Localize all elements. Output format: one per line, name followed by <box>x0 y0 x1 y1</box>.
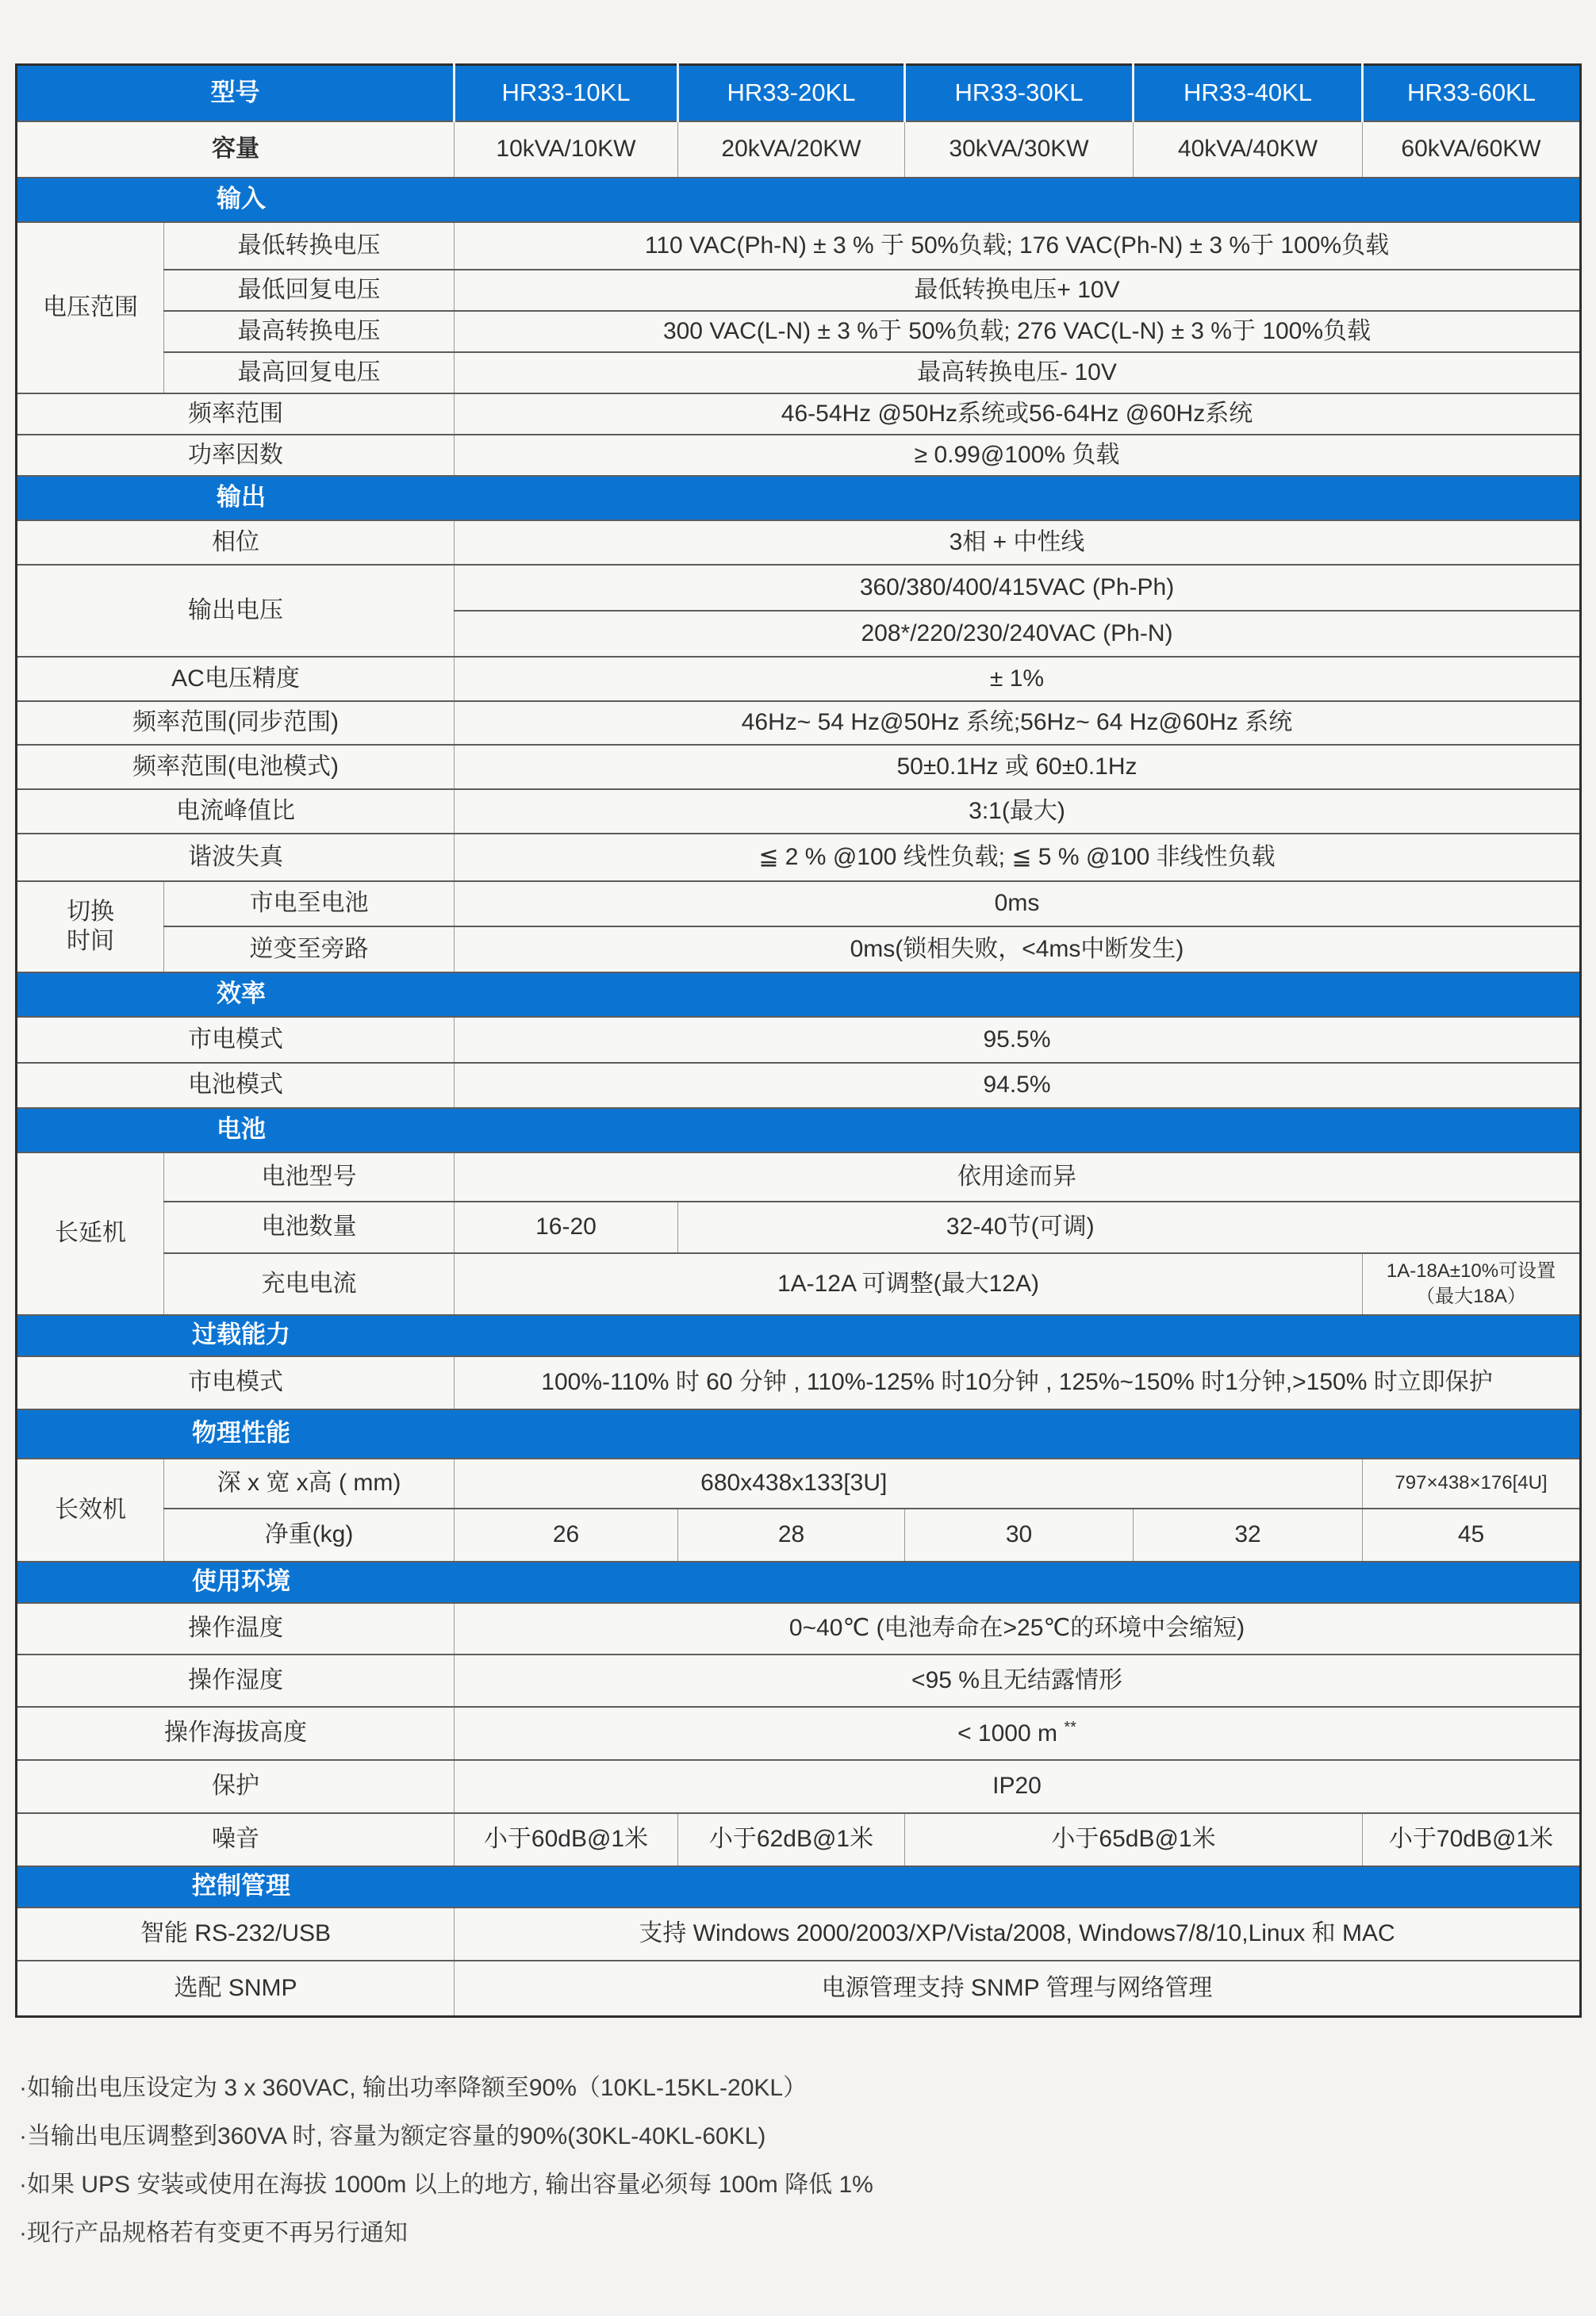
spec-label: 深 x 宽 x高 ( mm) <box>164 1459 455 1509</box>
spec-sheet-page: { "colors":{"accent_blue":"#0b74d3","pag… <box>0 0 1596 2316</box>
battery-qty-empty-cell <box>1363 1202 1581 1253</box>
row-weight: 净重(kg) 26 28 30 32 45 <box>17 1509 1581 1562</box>
row-efficiency-ac: 市电模式 95.5% <box>17 1017 1581 1063</box>
capacity-value: 10kVA/10KW <box>455 121 678 178</box>
voltage-range-group-label: 电压范围 <box>17 222 164 393</box>
spec-value: <95 %且无结露情形 <box>455 1655 1581 1707</box>
row-voltage-min-transfer: 电压范围 最低转换电压 110 VAC(Ph-N) ± 3 % 于 50%负载;… <box>17 222 1581 270</box>
spec-value: 依用途而异 <box>455 1152 1581 1202</box>
capacity-value: 60kVA/60KW <box>1363 121 1581 178</box>
spec-value: IP20 <box>455 1760 1581 1813</box>
battery-qty-others: 32-40节(可调) <box>678 1202 1363 1253</box>
spec-value: 50±0.1Hz 或 60±0.1Hz <box>455 745 1581 789</box>
row-noise: 噪音 小于60dB@1米 小于62dB@1米 小于65dB@1米 小于70dB@… <box>17 1813 1581 1866</box>
spec-label: 频率范围(同步范围) <box>17 701 455 745</box>
footnote-line: ·如输出电压设定为 3 x 360VAC, 输出功率降额至90%（10KL-15… <box>19 2064 1526 2112</box>
capacity-label: 容量 <box>17 121 455 178</box>
weight-value: 26 <box>455 1509 678 1562</box>
capacity-value: 40kVA/40KW <box>1134 121 1363 178</box>
section-band-efficiency: 效率 <box>17 972 1581 1017</box>
spec-label: 市电模式 <box>17 1017 455 1063</box>
spec-label: 噪音 <box>17 1813 455 1866</box>
section-band-physical: 物理性能 <box>17 1409 1581 1459</box>
battery-qty-10kl: 16-20 <box>455 1202 678 1253</box>
row-band-battery: 电池 <box>17 1108 1581 1152</box>
row-power-factor: 功率因数 ≥ 0.99@100% 负载 <box>17 435 1581 476</box>
spec-value: 0ms <box>455 881 1581 926</box>
row-ac-accuracy: AC电压精度 ± 1% <box>17 657 1581 701</box>
row-thd: 谐波失真 ≦ 2 % @100 线性负载; ≦ 5 % @100 非线性负载 <box>17 834 1581 881</box>
row-frequency-range: 频率范围 46-54Hz @50Hz系统或56-64Hz @60Hz系统 <box>17 393 1581 435</box>
row-voltage-max-recover: 最高回复电压 最高转换电压- 10V <box>17 352 1581 393</box>
spec-value: ≦ 2 % @100 线性负载; ≦ 5 % @100 非线性负载 <box>455 834 1581 881</box>
capacity-value: 30kVA/30KW <box>905 121 1134 178</box>
row-band-environment: 使用环境 <box>17 1562 1581 1603</box>
spec-label: 谐波失真 <box>17 834 455 881</box>
row-voltage-min-recover: 最低回复电压 最低转换电压+ 10V <box>17 270 1581 311</box>
ups-spec-table: 型号 HR33-10KL HR33-20KL HR33-30KL HR33-40… <box>15 63 1582 2018</box>
spec-label: 选配 SNMP <box>17 1961 455 2017</box>
spec-value: 100%-110% 时 60 分钟 , 110%-125% 时10分钟 , 12… <box>455 1356 1581 1409</box>
spec-label: 功率因数 <box>17 435 455 476</box>
model-name-cell: HR33-30KL <box>905 65 1134 121</box>
spec-value: 360/380/400/415VAC (Ph-Ph) <box>455 565 1581 611</box>
noise-value: 小于62dB@1米 <box>678 1813 905 1866</box>
spec-value: 46-54Hz @50Hz系统或56-64Hz @60Hz系统 <box>455 393 1581 435</box>
row-freq-battery: 频率范围(电池模式) 50±0.1Hz 或 60±0.1Hz <box>17 745 1581 789</box>
footnote-line: ·现行产品规格若有变更不再另行通知 <box>19 2209 1526 2257</box>
spec-value: 电源管理支持 SNMP 管理与网络管理 <box>455 1961 1581 2017</box>
row-rs232: 智能 RS-232/USB 支持 Windows 2000/2003/XP/Vi… <box>17 1908 1581 1961</box>
spec-label: 频率范围(电池模式) <box>17 745 455 789</box>
spec-label: 市电至电池 <box>164 881 455 926</box>
row-battery-type: 长延机 电池型号 依用途而异 <box>17 1152 1581 1202</box>
spec-value: 最低转换电压+ 10V <box>455 270 1581 311</box>
row-band-efficiency: 效率 <box>17 972 1581 1017</box>
model-name-cell: HR33-40KL <box>1134 65 1363 121</box>
spec-label: 电池型号 <box>164 1152 455 1202</box>
spec-value: 3:1(最大) <box>455 789 1581 834</box>
row-crest-factor: 电流峰值比 3:1(最大) <box>17 789 1581 834</box>
spec-value: 最高转换电压- 10V <box>455 352 1581 393</box>
row-band-overload: 过载能力 <box>17 1315 1581 1356</box>
noise-value: 小于70dB@1米 <box>1363 1813 1581 1866</box>
spec-value: < 1000 m ** <box>455 1707 1581 1760</box>
spec-label: 电流峰值比 <box>17 789 455 834</box>
weight-value: 30 <box>905 1509 1134 1562</box>
models-header-label: 型号 <box>17 65 455 121</box>
spec-value: 110 VAC(Ph-N) ± 3 % 于 50%负载; 176 VAC(Ph-… <box>455 222 1581 270</box>
spec-value: 208*/220/230/240VAC (Ph-N) <box>455 611 1581 657</box>
row-models: 型号 HR33-10KL HR33-20KL HR33-30KL HR33-40… <box>17 65 1581 121</box>
spec-label: 最低转换电压 <box>164 222 455 270</box>
model-name-cell: HR33-20KL <box>678 65 905 121</box>
spec-label: 操作海拔高度 <box>17 1707 455 1760</box>
row-output-voltage-phph: 输出电压 360/380/400/415VAC (Ph-Ph) <box>17 565 1581 611</box>
model-name-cell: HR33-60KL <box>1363 65 1581 121</box>
spec-value: 95.5% <box>455 1017 1581 1063</box>
spec-value: ± 1% <box>455 657 1581 701</box>
row-battery-quantity: 电池数量 16-20 32-40节(可调) <box>17 1202 1581 1253</box>
spec-value: 支持 Windows 2000/2003/XP/Vista/2008, Wind… <box>455 1908 1581 1961</box>
output-voltage-label: 输出电压 <box>17 565 455 657</box>
footnote-line: ·当输出电压调整到360VA 时, 容量为额定容量的90%(30KL-40KL-… <box>19 2112 1526 2161</box>
spec-label: 相位 <box>17 520 455 565</box>
dimensions-main: 680x438x133[3U] <box>455 1459 1134 1509</box>
spec-label: 市电模式 <box>17 1356 455 1409</box>
weight-value: 28 <box>678 1509 905 1562</box>
row-dimensions: 长效机 深 x 宽 x高 ( mm) 680x438x133[3U] 797×4… <box>17 1459 1581 1509</box>
section-band-environment: 使用环境 <box>17 1562 1581 1603</box>
row-op-altitude: 操作海拔高度 < 1000 m ** <box>17 1707 1581 1760</box>
dimensions-empty-cell <box>1134 1459 1363 1509</box>
section-band-input: 输入 <box>17 178 1581 222</box>
row-band-output: 输出 <box>17 476 1581 520</box>
spec-value: 0~40℃ (电池寿命在>25℃的环境中会缩短) <box>455 1603 1581 1655</box>
footnotes: ·如输出电压设定为 3 x 360VAC, 输出功率降额至90%（10KL-15… <box>19 2064 1526 2257</box>
spec-label: 智能 RS-232/USB <box>17 1908 455 1961</box>
spec-label: 最高回复电压 <box>164 352 455 393</box>
row-op-temperature: 操作温度 0~40℃ (电池寿命在>25℃的环境中会缩短) <box>17 1603 1581 1655</box>
spec-label: 保护 <box>17 1760 455 1813</box>
spec-label: 逆变至旁路 <box>164 926 455 972</box>
noise-value: 小于65dB@1米 <box>905 1813 1363 1866</box>
long-backup-group-label: 长延机 <box>17 1152 164 1315</box>
row-protection: 保护 IP20 <box>17 1760 1581 1813</box>
row-snmp: 选配 SNMP 电源管理支持 SNMP 管理与网络管理 <box>17 1961 1581 2017</box>
spec-label: 操作湿度 <box>17 1655 455 1707</box>
weight-value: 32 <box>1134 1509 1363 1562</box>
long-run-group-label: 长效机 <box>17 1459 164 1562</box>
section-band-battery: 电池 <box>17 1108 1581 1152</box>
capacity-value: 20kVA/20KW <box>678 121 905 178</box>
footnote-line: ·如果 UPS 安装或使用在海拔 1000m 以上的地方, 输出容量必须每 10… <box>19 2161 1526 2209</box>
spec-value: 46Hz~ 54 Hz@50Hz 系统;56Hz~ 64 Hz@60Hz 系统 <box>455 701 1581 745</box>
charge-current-60kl: 1A-18A±10%可设置 （最大18A） <box>1363 1253 1581 1315</box>
section-band-overload: 过载能力 <box>17 1315 1581 1356</box>
spec-value: ≥ 0.99@100% 负载 <box>455 435 1581 476</box>
row-phase: 相位 3相 + 中性线 <box>17 520 1581 565</box>
spec-label: 电池数量 <box>164 1202 455 1253</box>
row-efficiency-battery: 电池模式 94.5% <box>17 1063 1581 1108</box>
row-capacity: 容量 10kVA/10KW 20kVA/20KW 30kVA/30KW 40kV… <box>17 121 1581 178</box>
spec-label: AC电压精度 <box>17 657 455 701</box>
spec-label: 最低回复电压 <box>164 270 455 311</box>
row-overload-ac: 市电模式 100%-110% 时 60 分钟 , 110%-125% 时10分钟… <box>17 1356 1581 1409</box>
row-band-physical: 物理性能 <box>17 1409 1581 1459</box>
row-transfer-inv-to-bypass: 逆变至旁路 0ms(锁相失败，<4ms中断发生) <box>17 926 1581 972</box>
row-band-management: 控制管理 <box>17 1866 1581 1908</box>
spec-value: 300 VAC(L-N) ± 3 %于 50%负载; 276 VAC(L-N) … <box>455 311 1581 352</box>
spec-label: 频率范围 <box>17 393 455 435</box>
row-band-input: 输入 <box>17 178 1581 222</box>
spec-value: 94.5% <box>455 1063 1581 1108</box>
spec-value: 0ms(锁相失败，<4ms中断发生) <box>455 926 1581 972</box>
spec-label: 电池模式 <box>17 1063 455 1108</box>
section-band-management: 控制管理 <box>17 1866 1581 1908</box>
spec-label: 净重(kg) <box>164 1509 455 1562</box>
transfer-time-group-label: 切换时间 <box>17 881 164 972</box>
dimensions-60kl: 797×438×176[4U] <box>1363 1459 1581 1509</box>
row-charge-current: 充电电流 1A-12A 可调整(最大12A) 1A-18A±10%可设置 （最大… <box>17 1253 1581 1315</box>
row-op-humidity: 操作湿度 <95 %且无结露情形 <box>17 1655 1581 1707</box>
row-freq-sync: 频率范围(同步范围) 46Hz~ 54 Hz@50Hz 系统;56Hz~ 64 … <box>17 701 1581 745</box>
weight-value: 45 <box>1363 1509 1581 1562</box>
row-voltage-max-transfer: 最高转换电压 300 VAC(L-N) ± 3 %于 50%负载; 276 VA… <box>17 311 1581 352</box>
section-band-output: 输出 <box>17 476 1581 520</box>
row-transfer-ac-to-batt: 切换时间 市电至电池 0ms <box>17 881 1581 926</box>
model-name-cell: HR33-10KL <box>455 65 678 121</box>
spec-label: 操作温度 <box>17 1603 455 1655</box>
spec-label: 充电电流 <box>164 1253 455 1315</box>
spec-value: 3相 + 中性线 <box>455 520 1581 565</box>
noise-value: 小于60dB@1米 <box>455 1813 678 1866</box>
spec-label: 最高转换电压 <box>164 311 455 352</box>
charge-current-main: 1A-12A 可调整(最大12A) <box>455 1253 1363 1315</box>
